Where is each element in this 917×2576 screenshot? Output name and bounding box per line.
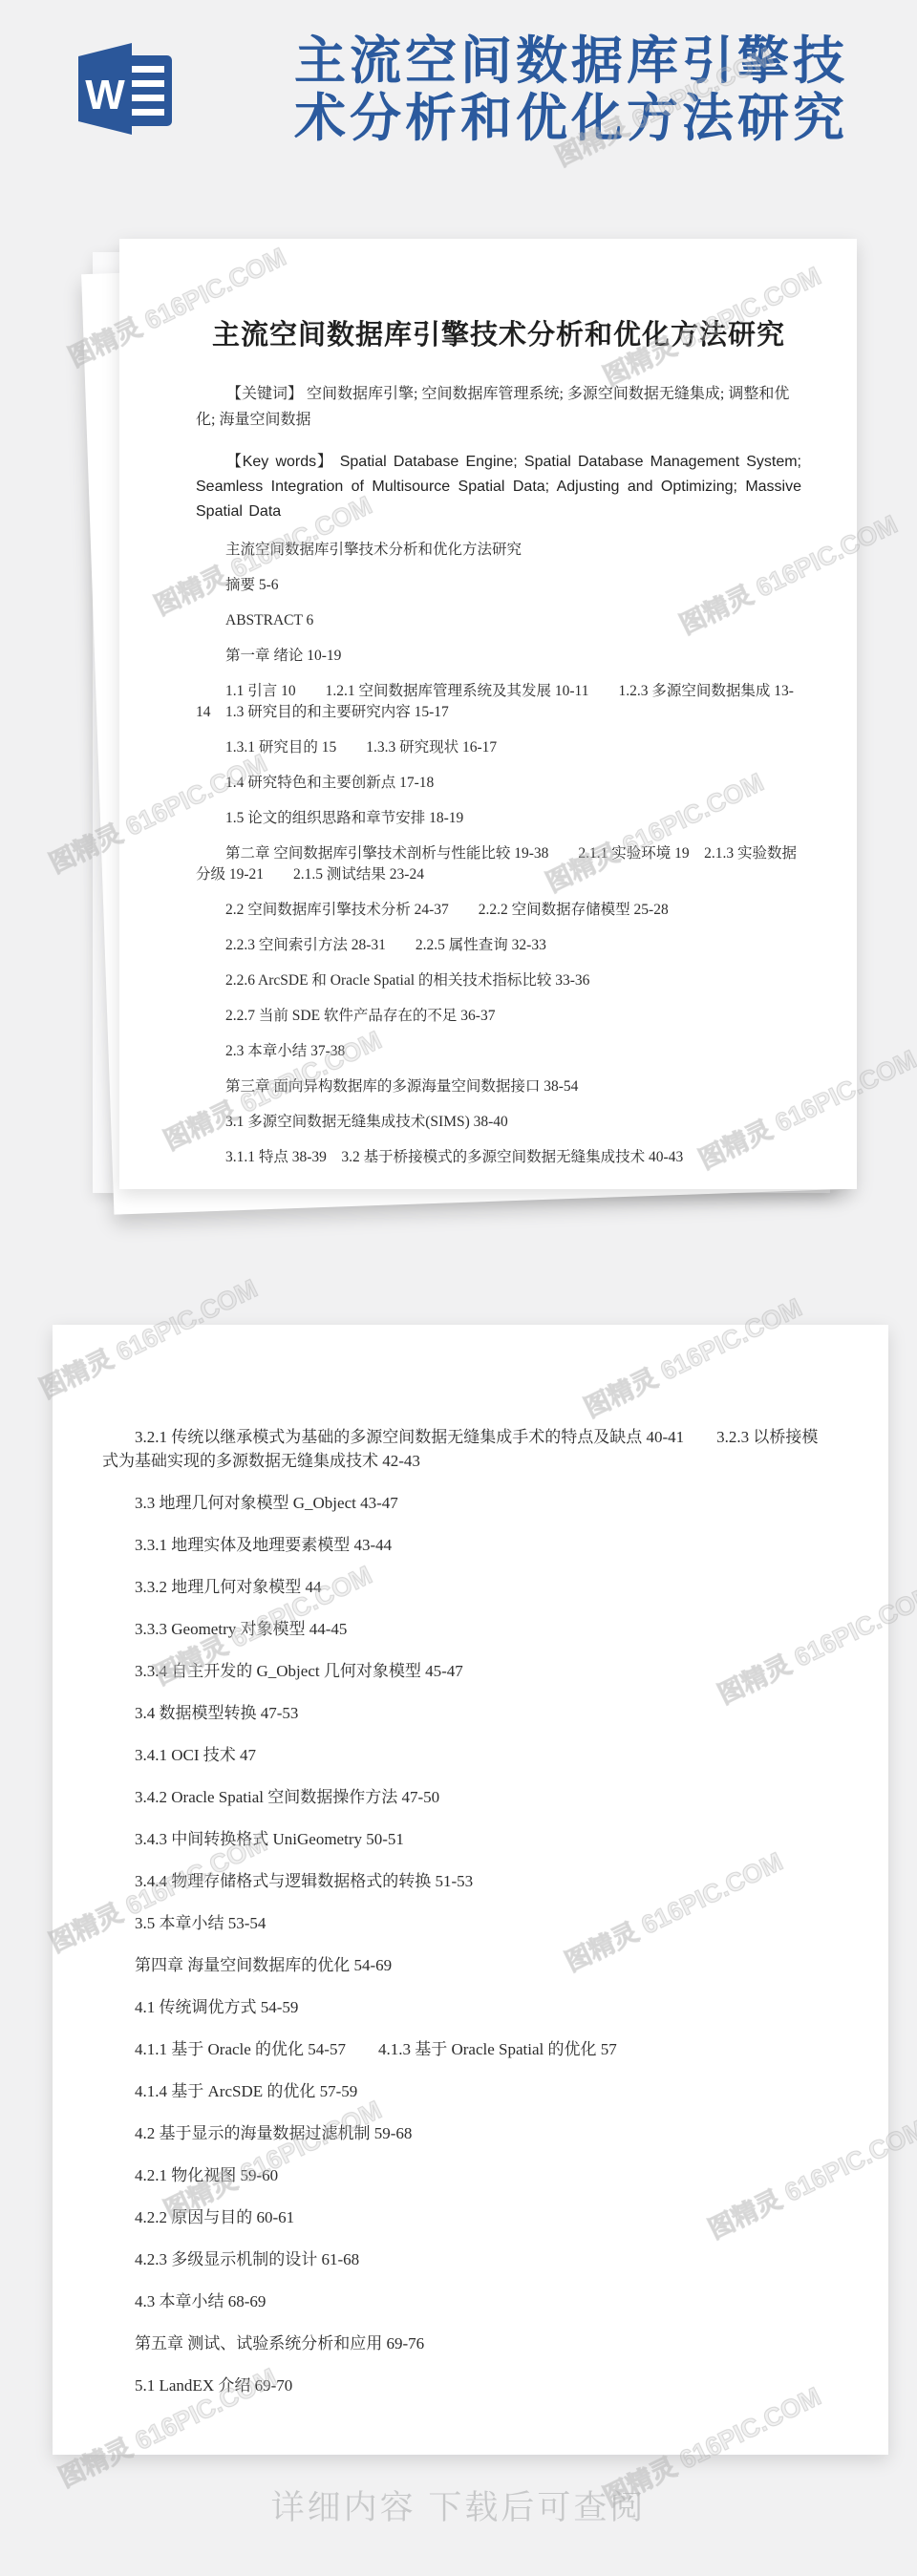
toc-line: 主流空间数据库引擎技术分析和优化方法研究 [196, 540, 801, 561]
toc-line: 3.1.1 特点 38-39 3.2 基于桥接模式的多源空间数据无缝集成技术 4… [196, 1147, 801, 1168]
toc-line: 3.3.2 地理几何对象模型 44 [102, 1575, 821, 1599]
toc-line: 2.2.6 ArcSDE 和 Oracle Spatial 的相关技术指标比较 … [196, 970, 801, 991]
toc-line: 4.3 本章小结 68-69 [102, 2289, 821, 2313]
word-logo-icon: W [73, 40, 178, 138]
toc-line: 摘要 5-6 [196, 575, 801, 596]
page-title-line1: 主流空间数据库引擎技 [294, 32, 886, 90]
toc-line: 第二章 空间数据库引擎技术剖析与性能比较 19-38 2.1.1 实验环境 19… [196, 843, 801, 885]
toc-line: 4.1 传统调优方式 54-59 [102, 1995, 821, 2019]
toc-line: 3.3.1 地理实体及地理要素模型 43-44 [102, 1533, 821, 1557]
toc-line: 第五章 测试、试验系统分析和应用 69-76 [102, 2331, 821, 2355]
keywords-cn: 【关键词】 空间数据库引擎; 空间数据库管理系统; 多源空间数据无缝集成; 调整… [196, 381, 801, 433]
toc-line: 4.2.3 多级显示机制的设计 61-68 [102, 2247, 821, 2271]
document-preview-page-1[interactable]: 主流空间数据库引擎技术分析和优化方法研究 【关键词】 空间数据库引擎; 空间数据… [119, 239, 857, 1189]
download-hint-text: 详细内容 下载后可查阅 [0, 2481, 917, 2529]
toc-line: 2.2.3 空间索引方法 28-31 2.2.5 属性查询 32-33 [196, 935, 801, 956]
toc-line: 5.1 LandEX 介绍 69-70 [102, 2374, 821, 2397]
toc-line: 1.5 论文的组织思路和章节安排 18-19 [196, 808, 801, 829]
toc-line: 第一章 绪论 10-19 [196, 646, 801, 667]
toc-line: 1.1 引言 10 1.2.1 空间数据库管理系统及其发展 10-11 1.2.… [196, 681, 801, 723]
toc-line: ABSTRACT 6 [196, 610, 801, 631]
keywords-en: 【Key words】 Spatial Database Engine; Spa… [196, 450, 801, 524]
toc-line: 3.4.4 物理存储格式与逻辑数据格式的转换 51-53 [102, 1869, 821, 1893]
toc-line: 4.2.1 物化视图 59-60 [102, 2163, 821, 2187]
toc-line: 3.3.4 自主开发的 G_Object 几何对象模型 45-47 [102, 1659, 821, 1683]
toc-line: 4.1.4 基于 ArcSDE 的优化 57-59 [102, 2079, 821, 2103]
document-preview-page-1-stack: 主流空间数据库引擎技术分析和优化方法研究 【关键词】 空间数据库引擎; 空间数据… [119, 239, 857, 1189]
toc-line: 3.4.3 中间转换格式 UniGeometry 50-51 [102, 1827, 821, 1851]
svg-text:W: W [85, 72, 125, 118]
toc-line: 4.2.2 原因与目的 60-61 [102, 2205, 821, 2229]
toc-line: 3.2.1 传统以继承模式为基础的多源空间数据无缝集成手术的特点及缺点 40-4… [102, 1425, 821, 1473]
toc-line: 4.1.1 基于 Oracle 的优化 54-57 4.1.3 基于 Oracl… [102, 2037, 821, 2061]
document-preview-page-2[interactable]: 3.2.1 传统以继承模式为基础的多源空间数据无缝集成手术的特点及缺点 40-4… [53, 1325, 888, 2455]
toc-line: 2.3 本章小结 37-38 [196, 1041, 801, 1062]
toc-line: 第四章 海量空间数据库的优化 54-69 [102, 1953, 821, 1977]
toc-line: 3.5 本章小结 53-54 [102, 1911, 821, 1935]
toc-line: 1.4 研究特色和主要创新点 17-18 [196, 773, 801, 794]
toc-line: 3.3.3 Geometry 对象模型 44-45 [102, 1617, 821, 1641]
page-title-line2: 术分析和优化方法研究 [294, 90, 886, 147]
page-title: 主流空间数据库引擎技 术分析和优化方法研究 [294, 32, 886, 147]
toc-line: 第三章 面向异构数据库的多源海量空间数据接口 38-54 [196, 1076, 801, 1097]
toc-line: 3.4.2 Oracle Spatial 空间数据操作方法 47-50 [102, 1785, 821, 1809]
toc-line: 3.4.1 OCI 技术 47 [102, 1743, 821, 1767]
toc-line: 2.2.7 当前 SDE 软件产品存在的不足 36-37 [196, 1006, 801, 1027]
document-title: 主流空间数据库引擎技术分析和优化方法研究 [196, 313, 801, 352]
toc-line: 3.1 多源空间数据无缝集成技术(SIMS) 38-40 [196, 1112, 801, 1133]
page-header: W 主流空间数据库引擎技 术分析和优化方法研究 [0, 0, 917, 201]
toc-page-2: 3.2.1 传统以继承模式为基础的多源空间数据无缝集成手术的特点及缺点 40-4… [102, 1425, 821, 2397]
toc-line: 2.2 空间数据库引擎技术分析 24-37 2.2.2 空间数据存储模型 25-… [196, 900, 801, 921]
toc-line: 3.3 地理几何对象模型 G_Object 43-47 [102, 1491, 821, 1515]
toc-line: 3.4 数据模型转换 47-53 [102, 1701, 821, 1725]
toc-line: 1.3.1 研究目的 15 1.3.3 研究现状 16-17 [196, 737, 801, 758]
toc-line: 4.2 基于显示的海量数据过滤机制 59-68 [102, 2121, 821, 2145]
toc-page-1: 主流空间数据库引擎技术分析和优化方法研究摘要 5-6ABSTRACT 6第一章 … [196, 540, 801, 1168]
